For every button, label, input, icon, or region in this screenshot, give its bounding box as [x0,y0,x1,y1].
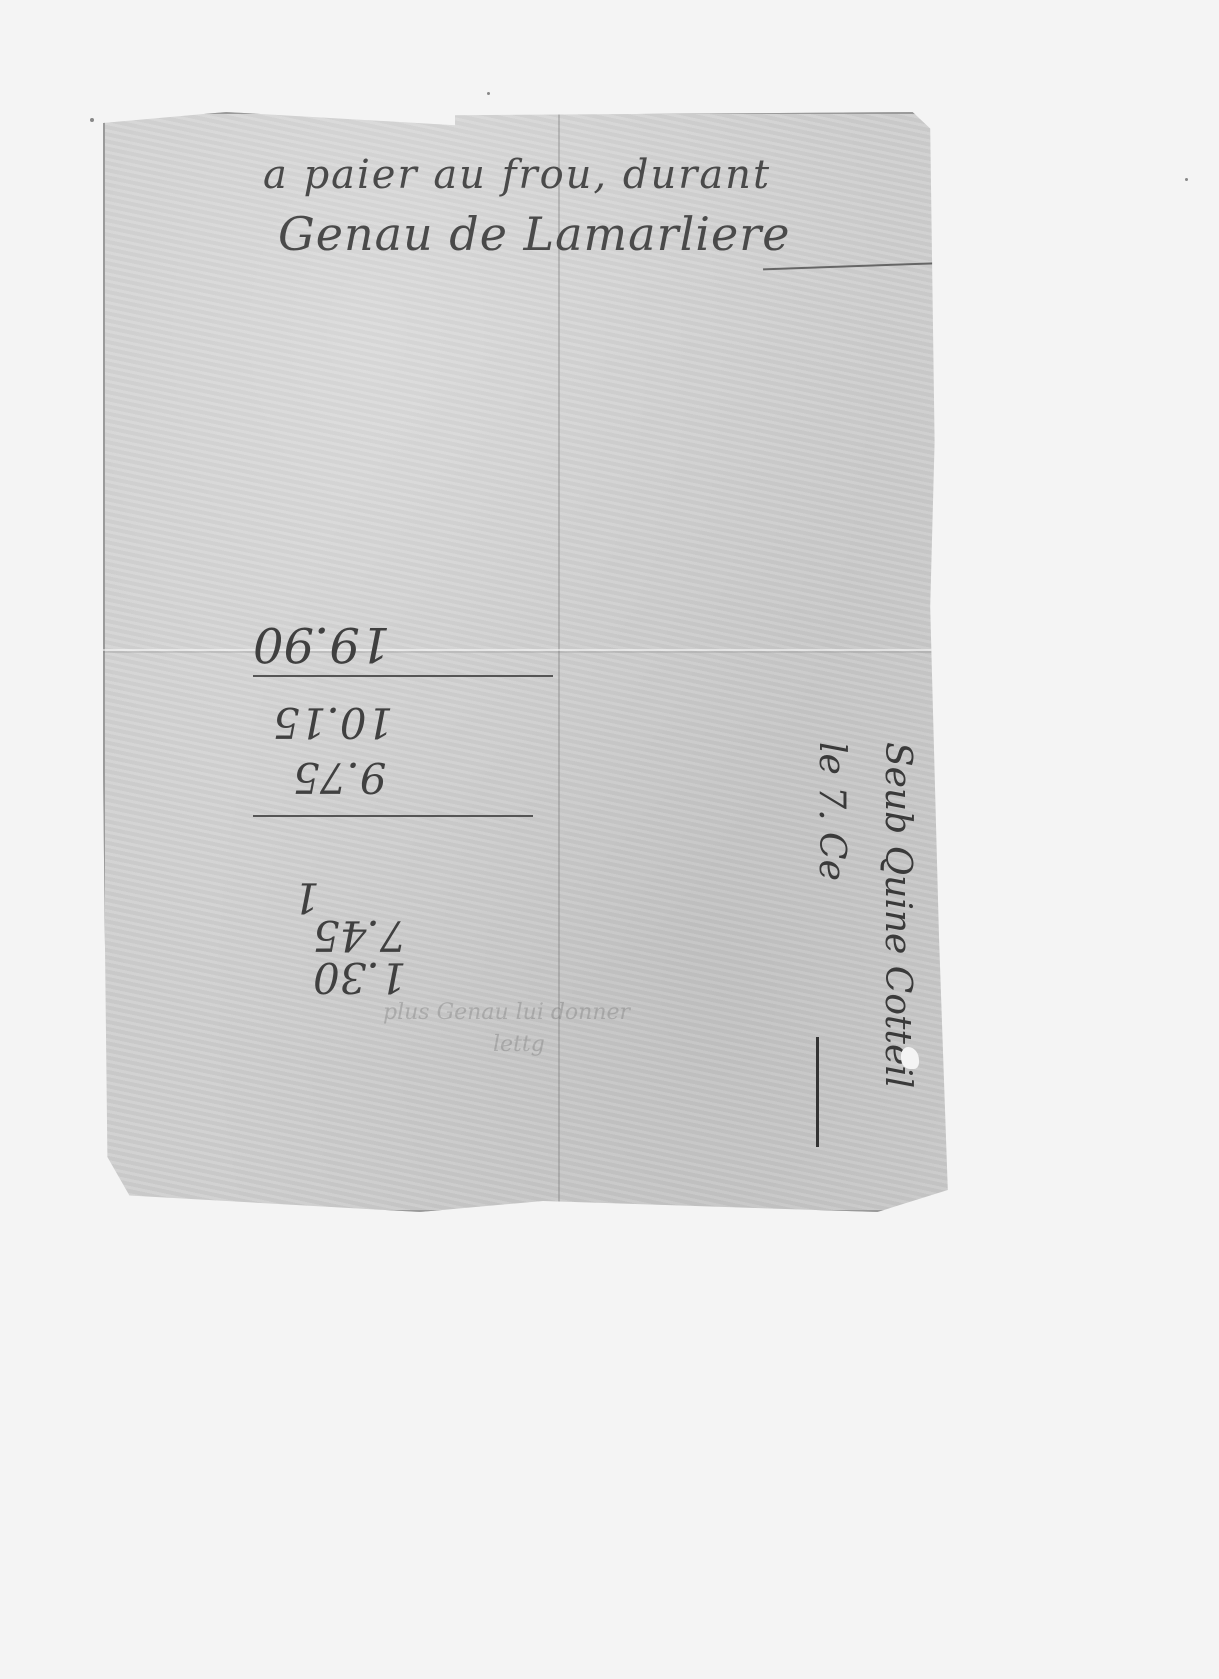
speck [1185,178,1188,181]
document-sheet: a paier au frou, durant Genau de Lamarli… [103,112,983,1212]
calc-subtotal: 10.15 [273,698,393,747]
bleedthrough-text: plus Genau lui donner [383,1000,630,1025]
calc-entry: 1 [293,873,320,922]
bleedthrough-text: lettg [493,1032,545,1057]
calc-entry: 7.45 [313,911,407,960]
calc-entry: 1.30 [313,953,407,1002]
margin-note-line-1: Seub Quine Cotteil [877,742,918,1088]
speck [90,118,94,122]
margin-note: Seub Quine Cotteil le 7. Ce [741,742,823,1088]
margin-stroke [816,1037,819,1147]
calculation-block: 1.30 7.45 1 9.75 10.15 19.90 [253,562,573,1022]
header-line-1: a paier au frou, durant [263,152,771,198]
calc-total: 19.90 [253,616,390,672]
header-underline [763,262,953,271]
calc-rule [253,675,553,677]
calc-rule [253,815,533,817]
header-line-2: Genau de Lamarliere [278,207,790,261]
speck [487,92,490,95]
calc-subtotal: 9.75 [293,753,387,802]
